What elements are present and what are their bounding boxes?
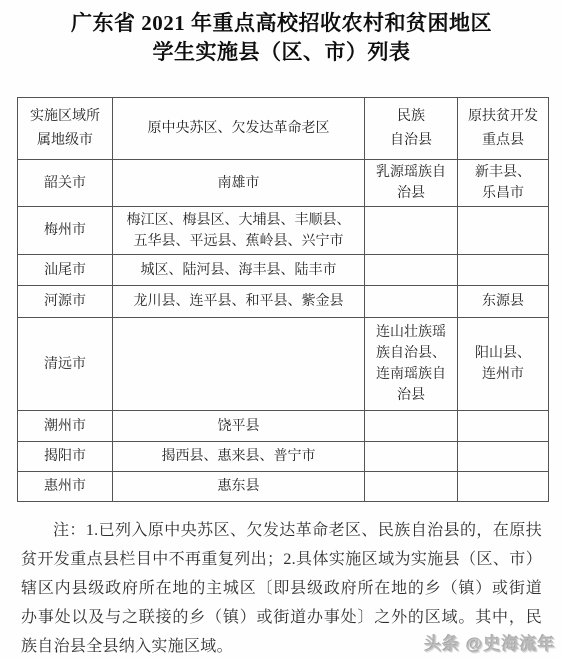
cell-poverty-county — [458, 411, 549, 442]
cell-soviet-area: 龙川县、连平县、和平县、紫金县 — [113, 286, 365, 318]
cell-city: 揭阳市 — [18, 442, 113, 472]
cell-ethnic-county — [365, 411, 458, 442]
cell-soviet-area: 揭西县、惠来县、普宁市 — [113, 442, 365, 472]
table-row-huizhou: 惠州市 惠东县 — [18, 472, 549, 502]
table-row-heyuan: 河源市 龙川县、连平县、和平县、紫金县 东源县 — [18, 286, 549, 318]
header-prefecture-city: 实施区域所 属地级市 — [18, 98, 113, 160]
table-header-row: 实施区域所 属地级市 原中央苏区、欠发达革命老区 民族 自治县 原扶贫开发 重点… — [18, 98, 549, 160]
cell-ethnic-county — [365, 207, 458, 255]
cell-ethnic-county — [365, 442, 458, 472]
cell-city: 潮州市 — [18, 411, 113, 442]
cell-soviet-area: 饶平县 — [113, 411, 365, 442]
implementation-regions-table: 实施区域所 属地级市 原中央苏区、欠发达革命老区 民族 自治县 原扶贫开发 重点… — [17, 97, 549, 502]
table-row-chaozhou: 潮州市 饶平县 — [18, 411, 549, 442]
cell-ethnic-county: 连山壮族瑶 族自治县、 连南瑶族自 治县 — [365, 318, 458, 411]
page-title-line-2: 学生实施县（区、市）列表 — [0, 38, 563, 67]
cell-ethnic-county: 乳源瑶族自 治县 — [365, 160, 458, 207]
cell-ethnic-county — [365, 472, 458, 502]
cell-ethnic-county — [365, 255, 458, 286]
header-ethnic-autonomous-county: 民族 自治县 — [365, 98, 458, 160]
header-poverty-alleviation-county: 原扶贫开发 重点县 — [458, 98, 549, 160]
cell-ethnic-county — [365, 286, 458, 318]
table-row-qingyuan: 清远市 连山壮族瑶 族自治县、 连南瑶族自 治县 阳山县、 连州市 — [18, 318, 549, 411]
header-former-soviet-area: 原中央苏区、欠发达革命老区 — [113, 98, 365, 160]
table-row-shanwei: 汕尾市 城区、陆河县、海丰县、陆丰市 — [18, 255, 549, 286]
page-title-line-1: 广东省 2021 年重点高校招收农村和贫困地区 — [0, 9, 563, 38]
cell-poverty-county: 阳山县、 连州市 — [458, 318, 549, 411]
table-row-jieyang: 揭阳市 揭西县、惠来县、普宁市 — [18, 442, 549, 472]
page-title: 广东省 2021 年重点高校招收农村和贫困地区 学生实施县（区、市）列表 — [0, 0, 563, 67]
table-row-meizhou: 梅州市 梅江区、梅县区、大埔县、丰顺县、 五华县、平远县、蕉岭县、兴宁市 — [18, 207, 549, 255]
cell-soviet-area: 南雄市 — [113, 160, 365, 207]
table-row-shaoguan: 韶关市 南雄市 乳源瑶族自 治县 新丰县、 乐昌市 — [18, 160, 549, 207]
cell-city: 清远市 — [18, 318, 113, 411]
watermark: 头条 @史海流年 — [425, 630, 556, 655]
cell-poverty-county — [458, 442, 549, 472]
cell-city: 河源市 — [18, 286, 113, 318]
cell-soviet-area: 惠东县 — [113, 472, 365, 502]
cell-soviet-area: 城区、陆河县、海丰县、陆丰市 — [113, 255, 365, 286]
cell-poverty-county: 新丰县、 乐昌市 — [458, 160, 549, 207]
document-page: 广东省 2021 年重点高校招收农村和贫困地区 学生实施县（区、市）列表 实施区… — [0, 0, 563, 659]
cell-soviet-area — [113, 318, 365, 411]
cell-poverty-county — [458, 472, 549, 502]
cell-poverty-county — [458, 207, 549, 255]
cell-poverty-county — [458, 255, 549, 286]
cell-poverty-county: 东源县 — [458, 286, 549, 318]
cell-city: 梅州市 — [18, 207, 113, 255]
cell-city: 汕尾市 — [18, 255, 113, 286]
cell-city: 惠州市 — [18, 472, 113, 502]
cell-soviet-area: 梅江区、梅县区、大埔县、丰顺县、 五华县、平远县、蕉岭县、兴宁市 — [113, 207, 365, 255]
cell-city: 韶关市 — [18, 160, 113, 207]
